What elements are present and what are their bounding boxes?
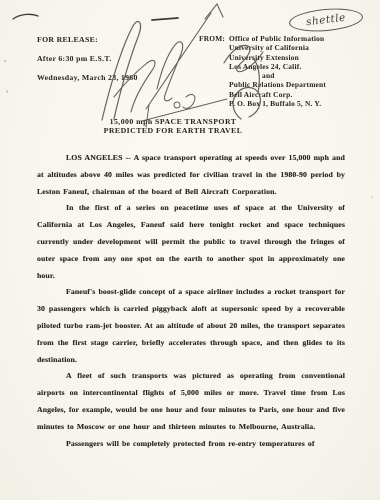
from-line-and: and xyxy=(229,71,326,80)
paragraph-2: In the first of a series on peacetime us… xyxy=(37,200,345,284)
press-release-page: FOR RELEASE: After 6:30 pm E.S.T. Wednes… xyxy=(0,0,380,500)
scan-speck xyxy=(371,196,373,198)
headline-line-2: PREDICTED FOR EARTH TRAVEL xyxy=(92,126,254,135)
from-line: University of California xyxy=(229,43,326,52)
from-line: Office of Public Information xyxy=(229,34,326,43)
release-date: Wednesday, March 23, 1960 xyxy=(37,69,138,88)
paragraph-3: Faneuf's boost-glide concept of a space … xyxy=(37,284,345,368)
paragraph-4: A fleet of such transports was pictured … xyxy=(37,368,345,435)
scan-speck xyxy=(4,60,6,62)
handwritten-circle-annotation: shettle xyxy=(288,6,364,34)
from-block: FROM: Office of Public Information Unive… xyxy=(199,34,326,108)
stamp-text: shettle xyxy=(305,12,346,29)
release-block: FOR RELEASE: After 6:30 pm E.S.T. Wednes… xyxy=(37,31,138,88)
headline: 15,000 mph SPACE TRANSPORT PREDICTED FOR… xyxy=(92,117,254,136)
paragraph-1: LOS ANGELES -- A space transport operati… xyxy=(37,150,345,200)
scan-speck xyxy=(6,90,8,93)
from-line: Bell Aircraft Corp. xyxy=(229,90,326,99)
from-lines: Office of Public Information University … xyxy=(229,34,326,108)
release-time: After 6:30 pm E.S.T. xyxy=(37,50,138,69)
press-release-body: LOS ANGELES -- A space transport operati… xyxy=(37,150,345,452)
headline-line-1: 15,000 mph SPACE TRANSPORT xyxy=(92,117,254,126)
from-line: P. O. Box 1, Buffalo 5, N. Y. xyxy=(229,99,326,108)
from-label: FROM: xyxy=(199,34,225,108)
from-line: University Extension xyxy=(229,53,326,62)
paragraph-5: Passengers will be completely protected … xyxy=(37,436,345,453)
from-line: Public Relations Department xyxy=(229,80,326,89)
pen-marks xyxy=(13,14,178,20)
from-line: Los Angeles 24, Calif. xyxy=(229,62,326,71)
release-label: FOR RELEASE: xyxy=(37,31,138,50)
